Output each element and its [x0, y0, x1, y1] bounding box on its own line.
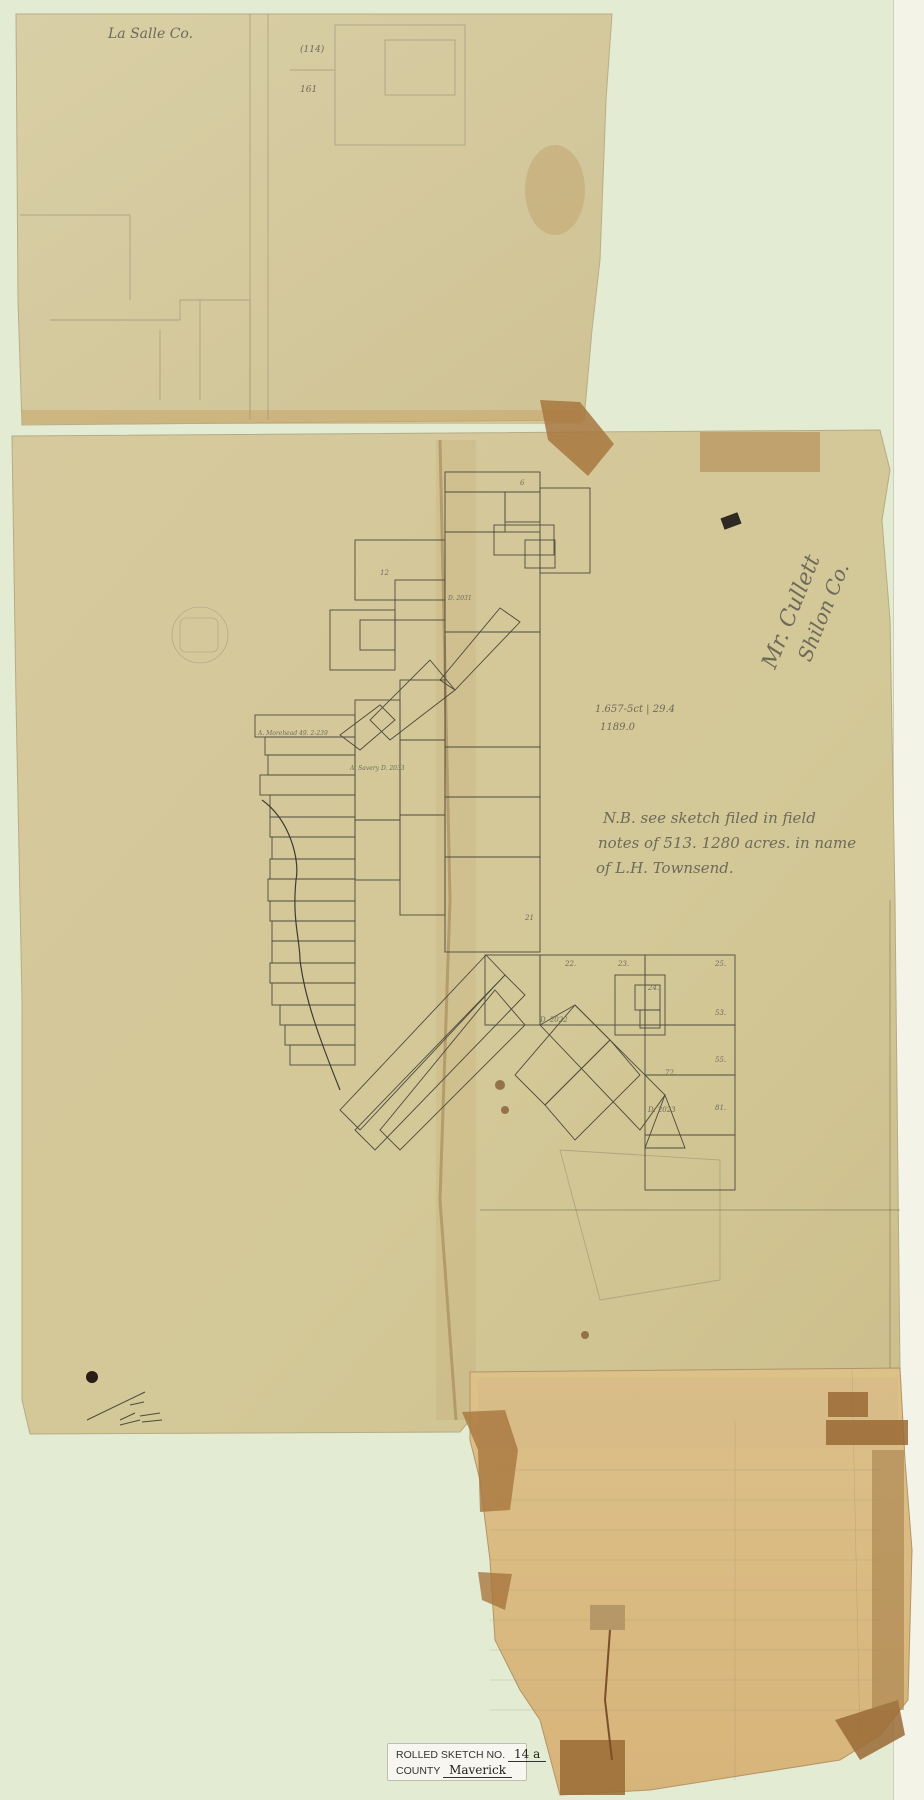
- ink-blot: [86, 1371, 98, 1383]
- svg-text:1189.0: 1189.0: [600, 722, 636, 733]
- svg-text:72.: 72.: [665, 1069, 676, 1077]
- lower-sheet: [462, 1368, 912, 1795]
- note-line-2: notes of 513. 1280 acres. in name: [598, 834, 856, 852]
- map-scan: La Salle Co. (114) 161: [0, 0, 924, 1800]
- svg-text:24.: 24.: [647, 984, 659, 992]
- svg-text:D. 2022: D. 2022: [539, 1016, 568, 1024]
- la-salle-note: La Salle Co.: [107, 26, 193, 42]
- middle-sheet: 22. 23. 24. 25. 53. 55. 81. 72. D. 2022 …: [12, 400, 900, 1434]
- rolled-sketch-row: ROLLED SKETCH NO. 14 a: [396, 1747, 518, 1763]
- rolled-sketch-label: ROLLED SKETCH NO.: [396, 1749, 505, 1761]
- note-line-1: N.B. see sketch filed in field: [602, 809, 816, 827]
- svg-text:25.: 25.: [714, 960, 726, 968]
- survey-114: (114): [300, 44, 325, 55]
- rolled-sketch-number: 14 a: [508, 1747, 546, 1762]
- svg-text:6: 6: [520, 479, 525, 487]
- svg-text:A. Savery D. 2033: A. Savery D. 2033: [349, 765, 405, 772]
- svg-text:55.: 55.: [715, 1056, 726, 1064]
- survey-161: 161: [300, 85, 317, 95]
- svg-text:1.657-5ct | 29.4: 1.657-5ct | 29.4: [595, 704, 675, 715]
- svg-text:D. 2023: D. 2023: [647, 1106, 676, 1114]
- archive-label-card: ROLLED SKETCH NO. 14 a COUNTY Maverick: [387, 1743, 527, 1781]
- svg-text:53.: 53.: [715, 1009, 726, 1017]
- svg-text:21: 21: [524, 914, 534, 922]
- svg-text:12: 12: [380, 569, 389, 577]
- note-line-3: of L.H. Townsend.: [596, 859, 734, 877]
- svg-text:81.: 81.: [715, 1104, 726, 1112]
- tape-piece: [700, 432, 820, 472]
- county-name: Maverick: [443, 1763, 512, 1778]
- svg-text:23.: 23.: [617, 960, 629, 968]
- top-sheet: La Salle Co. (114) 161: [16, 14, 612, 425]
- svg-text:A. Morehead 49. 2-239: A. Morehead 49. 2-239: [257, 730, 328, 737]
- svg-text:D. 2031: D. 2031: [447, 595, 472, 602]
- svg-text:22.: 22.: [564, 960, 576, 968]
- county-row: COUNTY Maverick: [396, 1763, 518, 1779]
- county-label: COUNTY: [396, 1765, 440, 1777]
